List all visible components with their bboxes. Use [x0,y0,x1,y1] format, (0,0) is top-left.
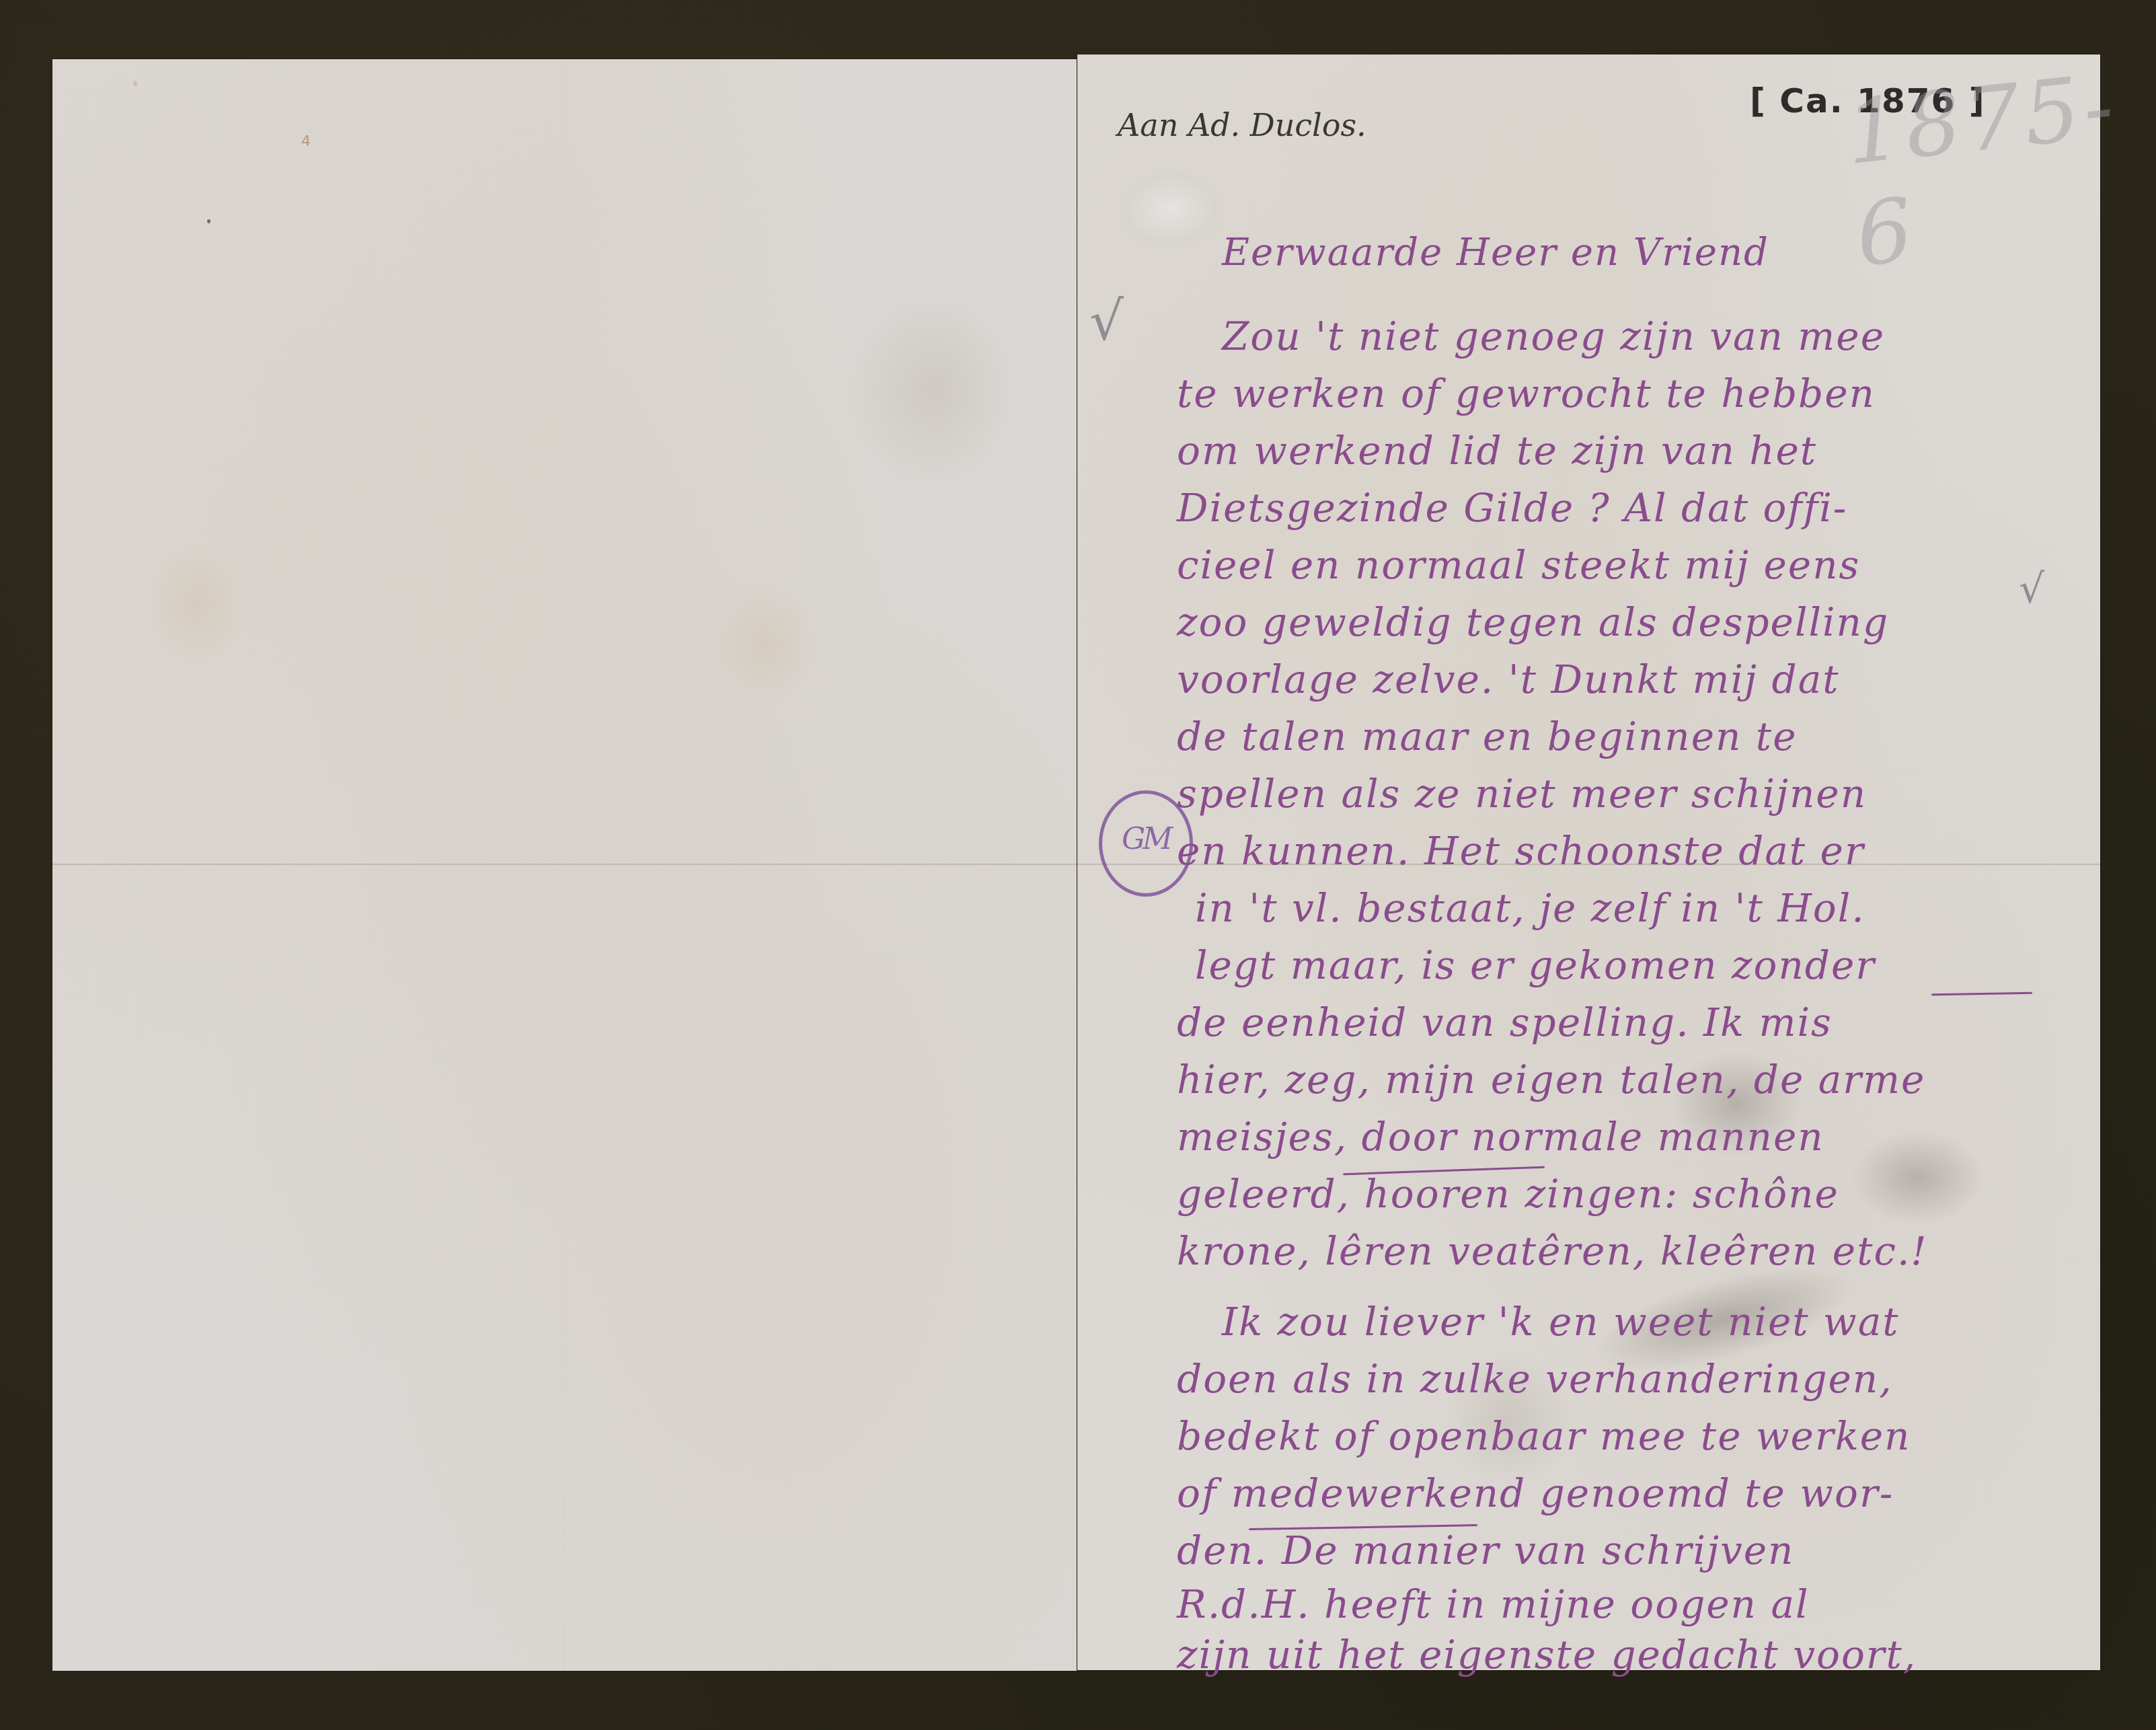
letter-line: zijn uit het eigenste gedacht voort, [1177,1632,1917,1678]
letter-line-with-underline: of medewerkend genoemd te wor- [1177,1470,1894,1516]
letter-line: de eenheid van spelling. Ik mis [1177,1000,1833,1045]
pencil-margin-mark-icon: √ [2019,566,2044,613]
ink-speck [207,219,210,223]
letter-line: bedekt of openbaar mee te werken [1177,1413,1911,1459]
letter-line: geleerd, hooren zingen: schône [1177,1171,1839,1217]
addressee-note: Aan Ad. Duclos. [1118,107,1366,143]
letter-line: Ik zou liever 'k en weet niet wat [1222,1299,1900,1345]
letter-line: doen als in zulke verhanderingen, [1177,1356,1893,1402]
small-mark: 4 [301,133,311,150]
letter-line: voorlage zelve. 't Dunkt mij dat [1177,656,1840,702]
letter-line: Zou 't niet genoeg zijn van mee [1222,313,1885,359]
pencil-check-mark-icon: √ [1089,290,1124,352]
letter-line: hier, zeg, mijn eigen talen, de arme [1177,1057,1925,1102]
letter-line: den. De manier van schrijven [1177,1528,1794,1573]
underline-zonder [1931,992,2032,996]
foxing-stain [147,543,247,665]
letter-line: en kunnen. Het schoonste dat er [1177,828,1865,874]
letter-line: krone, lêren veatêren, kleêren etc.! [1177,1228,1928,1274]
letter-line: de talen maar en beginnen te [1177,714,1797,759]
embossed-seal [1116,169,1224,250]
letter-line: cieel en normaal steekt mij eens [1177,542,1860,588]
letter-line: Dietsgezinde Gilde ? Al dat offi- [1177,485,1847,531]
letter-line: om werkend lid te zijn van het [1177,428,1817,474]
pencil-date-note: 1875-6 [1841,54,2132,287]
letter-line: te werken of gewrocht te hebben [1177,371,1876,416]
letter-line: R.d.H. heeft in mijne oogen al [1177,1581,1810,1627]
water-stain [846,288,1021,490]
dark-stain [1851,1131,1985,1225]
letter-line-with-underline: meisjes, door normale mannen [1177,1114,1824,1160]
salutation: Eerwaarde Heer en Vriend [1222,231,1769,274]
horizontal-fold [52,864,1077,866]
letter-line: in 't vl. bestaat, je zelf in 't Hol. [1195,885,1865,931]
left-page: 4 [52,59,1077,1671]
letter-line: spellen als ze niet meer schijnen [1177,771,1867,817]
letter-line: zoo geweldig tegen als despelling [1177,599,1889,645]
letter-line: legt maar, is er gekomen zonder [1195,942,1876,988]
foxing-stain [711,584,819,705]
foxing-spot [133,81,137,86]
right-page-letter: Aan Ad. Duclos. [ Ca. 1876 ] 1875-6 √ √ … [1077,54,2100,1670]
